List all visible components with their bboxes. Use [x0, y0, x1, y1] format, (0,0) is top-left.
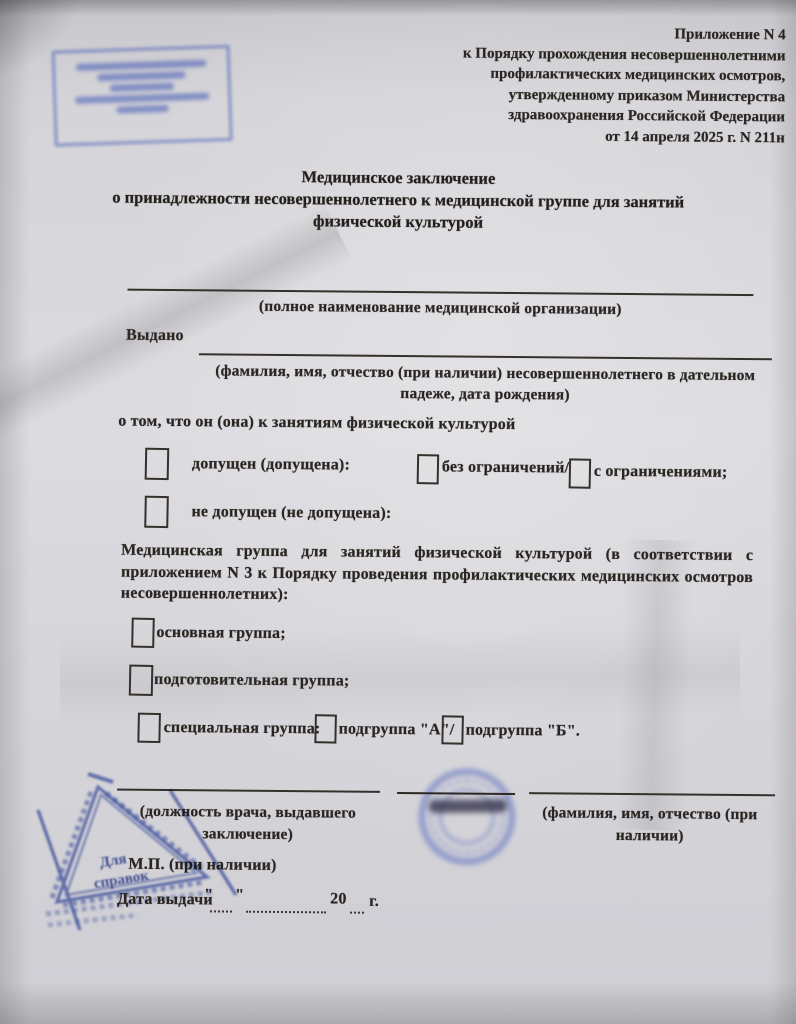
stamp-ring [439, 788, 495, 844]
checkbox-subgroup-b[interactable] [441, 715, 464, 744]
stamp-text-line [97, 71, 185, 81]
recipient-blank-line [199, 353, 772, 360]
checkbox-admitted[interactable] [145, 448, 170, 480]
scanned-medical-form: Приложение N 4 к Порядку прохождения нес… [0, 0, 796, 1024]
checkbox-not-admitted[interactable] [144, 496, 169, 528]
stamp-text-line [110, 83, 174, 92]
name-blank-line [529, 792, 775, 796]
without-restrictions-label: без ограничений/ [442, 458, 570, 477]
name-caption-line: наличии) [521, 824, 779, 848]
special-group-label: специальная группа: [164, 719, 321, 738]
triangle-stamp-center-text: Для справок [90, 848, 151, 892]
medical-group-intro: Медицинская группа для занятий физическо… [121, 540, 754, 610]
main-group-label: основная группа; [156, 624, 286, 643]
checkbox-with-restrictions[interactable] [569, 458, 592, 488]
recipient-caption: (фамилия, имя, отчество (при наличии) не… [198, 360, 771, 407]
signature-mark [429, 799, 507, 813]
statement-text: о том, что он (она) к занятиям физическо… [118, 413, 515, 434]
stamp-text-dlya: Для [99, 851, 128, 871]
stamp-text-line [75, 93, 209, 104]
name-caption-line: (фамилия, имя, отчество (при [521, 802, 779, 826]
reference-triangle-stamp: Для справок [18, 762, 288, 952]
stamp-text-line [76, 60, 207, 71]
appendix-reference: Приложение N 4 к Порядку прохождения нес… [345, 22, 786, 149]
subgroup-b-label: подгруппа "Б". [466, 722, 581, 741]
doctor-round-stamp [418, 768, 515, 865]
name-caption: (фамилия, имя, отчество (при наличии) [521, 802, 779, 848]
clinic-rect-stamp [52, 45, 233, 147]
appendix-line: от 14 апреля 2025 г. N 211н [345, 124, 785, 148]
with-restrictions-label: с ограничениями; [594, 463, 728, 482]
stamp-text-line [117, 105, 169, 114]
checkbox-preparatory-group[interactable] [129, 665, 154, 696]
checkbox-subgroup-a[interactable] [314, 714, 337, 743]
subgroup-a-label: подгруппа "А"/ [339, 720, 455, 739]
org-name-caption: (полное наименование медицинской организ… [127, 295, 753, 321]
checkbox-without-restrictions[interactable] [417, 454, 440, 484]
issued-label: Выдано [126, 327, 184, 346]
preparatory-group-label: подготовительная группа; [154, 671, 350, 691]
admitted-label: допущен (допущена): [192, 455, 350, 474]
year-prefix: 20 [330, 890, 347, 908]
checkbox-main-group[interactable] [131, 618, 155, 648]
document-title: Медицинское заключение о принадлежности … [31, 164, 766, 236]
year-suffix: г. [369, 893, 379, 911]
date-year-blank[interactable] [350, 895, 364, 914]
checkbox-special-group[interactable] [137, 713, 161, 743]
not-admitted-label: не допущен (не допущена): [191, 503, 391, 523]
